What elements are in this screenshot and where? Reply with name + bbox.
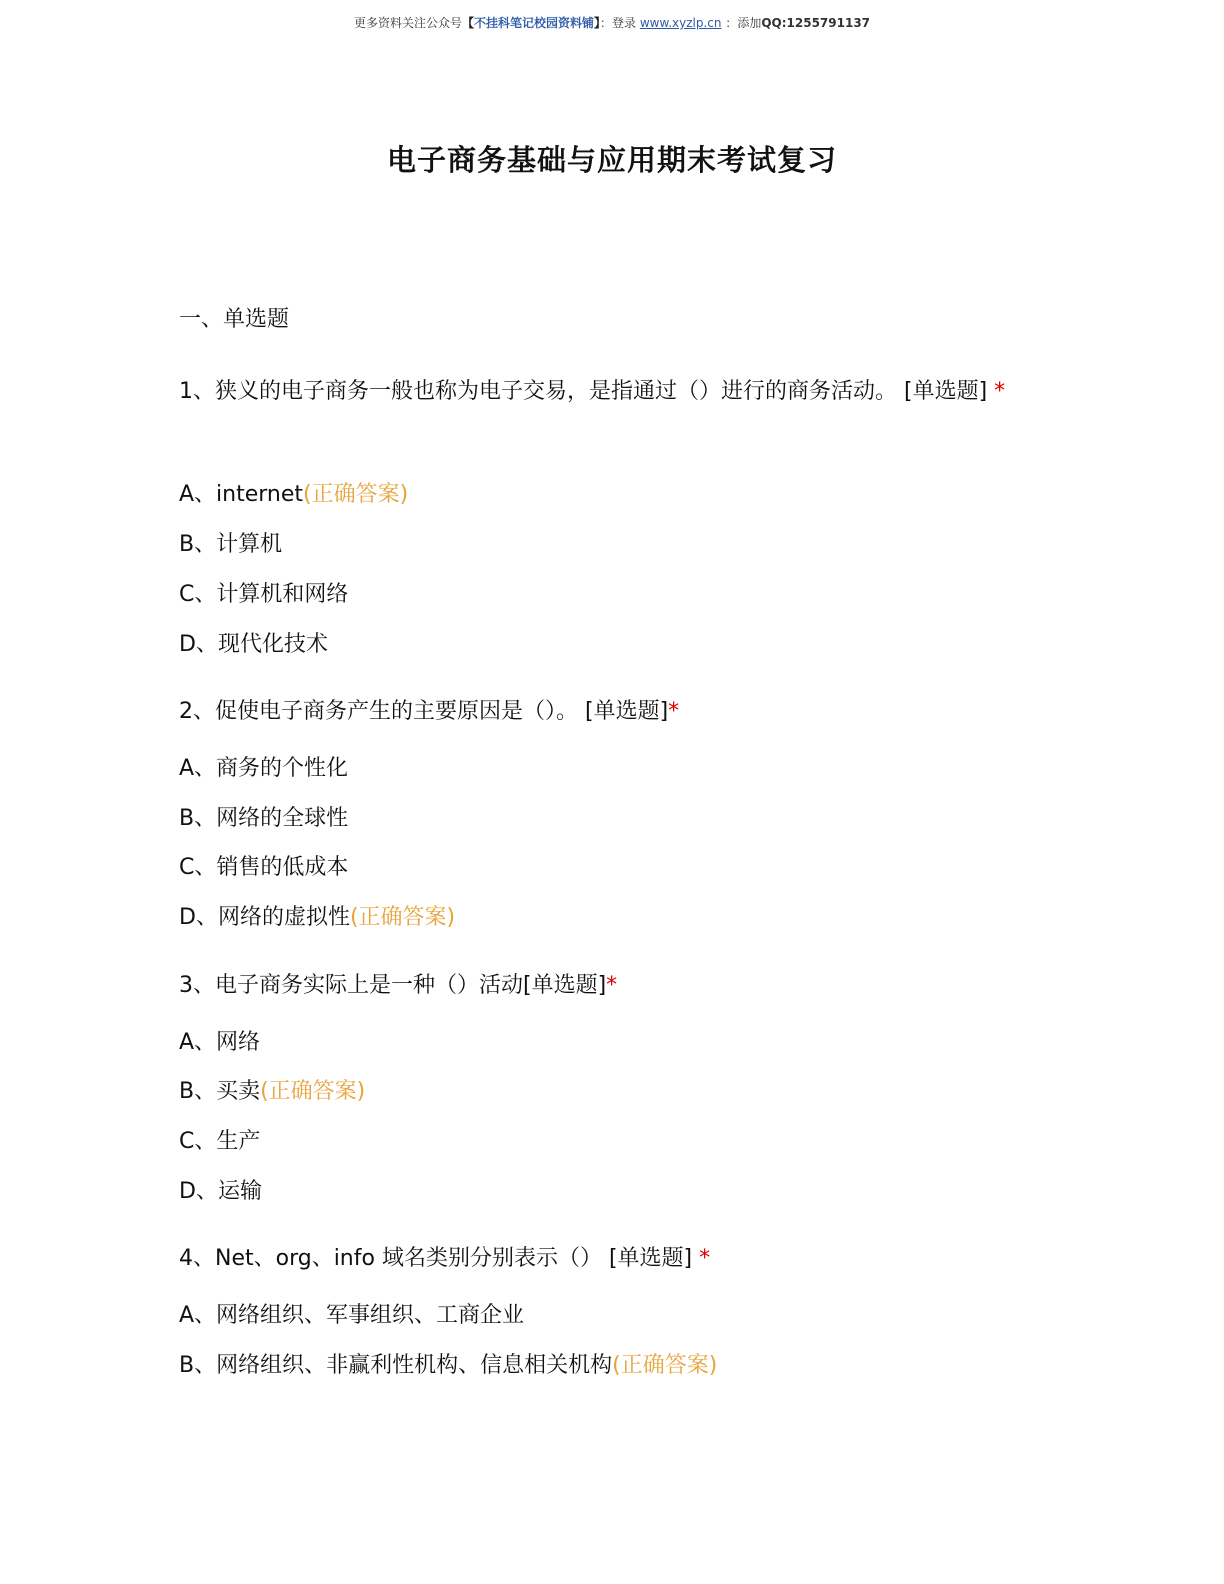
header-login-text: ：登录: [600, 16, 640, 30]
section-heading: 一、单选题: [179, 302, 289, 333]
option-text: B、网络的全球性: [179, 806, 348, 831]
option-1b: B、计算机: [179, 529, 282, 561]
header-bracket-open: 【: [462, 16, 474, 30]
required-mark: *: [668, 699, 679, 724]
option-2b: B、网络的全球性: [179, 803, 348, 835]
option-text: B、网络组织、非赢利性机构、信息相关机构: [179, 1353, 612, 1378]
correct-answer-label: (正确答案): [303, 482, 408, 507]
header-website-link[interactable]: www.xyzlp.cn: [640, 16, 722, 30]
option-3b: B、买卖(正确答案): [179, 1076, 365, 1108]
option-text: C、计算机和网络: [179, 582, 348, 607]
option-2c: C、销售的低成本: [179, 852, 348, 884]
option-1a: A、internet(正确答案): [179, 479, 408, 511]
option-text: D、运输: [179, 1179, 262, 1204]
header-prefix: 更多资料关注公众号: [354, 16, 462, 30]
option-text: B、买卖: [179, 1079, 260, 1104]
option-2d: D、网络的虚拟性(正确答案): [179, 902, 455, 934]
correct-answer-label: (正确答案): [612, 1353, 717, 1378]
option-3a: A、网络: [179, 1027, 260, 1059]
option-3c: C、生产: [179, 1126, 260, 1158]
question-text: 1、狭义的电子商务一般也称为电子交易，是指通过（）进行的商务活动。 [单选题]: [179, 379, 987, 404]
option-text: B、计算机: [179, 532, 282, 557]
option-text: A、internet: [179, 482, 303, 507]
page-header-banner: 更多资料关注公众号【不挂科笔记校园资料铺】：登录 www.xyzlp.cn ：添…: [0, 14, 1224, 31]
option-text: C、销售的低成本: [179, 855, 348, 880]
option-text: A、网络: [179, 1030, 260, 1055]
option-text: A、商务的个性化: [179, 756, 348, 781]
option-text: D、现代化技术: [179, 632, 328, 657]
question-2: 2、促使电子商务产生的主要原因是（）。 [单选题]*: [179, 696, 679, 728]
required-mark: *: [994, 379, 1005, 404]
question-1: 1、狭义的电子商务一般也称为电子交易，是指通过（）进行的商务活动。 [单选题] …: [179, 372, 1029, 412]
option-2a: A、商务的个性化: [179, 753, 348, 785]
option-4a: A、网络组织、军事组织、工商企业: [179, 1300, 524, 1332]
question-text: 2、促使电子商务产生的主要原因是（）。 [单选题]: [179, 699, 668, 724]
header-brand: 不挂科笔记校园资料铺: [474, 16, 594, 30]
question-3: 3、电子商务实际上是一种（）活动[单选题]*: [179, 970, 617, 1002]
option-text: D、网络的虚拟性: [179, 905, 350, 930]
option-1d: D、现代化技术: [179, 629, 328, 661]
option-text: C、生产: [179, 1129, 260, 1154]
option-4b: B、网络组织、非赢利性机构、信息相关机构(正确答案): [179, 1350, 717, 1382]
option-3d: D、运输: [179, 1176, 262, 1208]
correct-answer-label: (正确答案): [350, 905, 455, 930]
question-4: 4、Net、org、info 域名类别分别表示（） [单选题] *: [179, 1243, 710, 1275]
question-text: 3、电子商务实际上是一种（）活动[单选题]: [179, 973, 606, 998]
document-title: 电子商务基础与应用期末考试复习: [0, 138, 1224, 179]
required-mark: *: [606, 973, 617, 998]
option-text: A、网络组织、军事组织、工商企业: [179, 1303, 524, 1328]
option-1c: C、计算机和网络: [179, 579, 348, 611]
required-mark: *: [699, 1246, 710, 1271]
question-text: 4、Net、org、info 域名类别分别表示（） [单选题]: [179, 1246, 692, 1271]
correct-answer-label: (正确答案): [260, 1079, 365, 1104]
header-qq: QQ:1255791137: [761, 16, 870, 30]
header-add-text: ：添加: [722, 16, 762, 30]
